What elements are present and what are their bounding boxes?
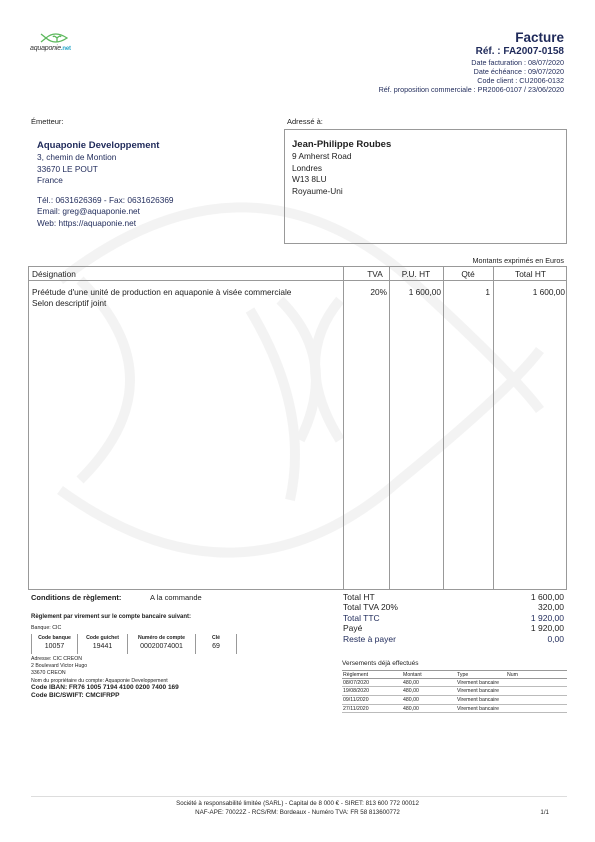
totals-value: 1 920,00 — [531, 623, 564, 633]
totals-row: Reste à payer0,00 — [343, 634, 564, 644]
proposal-ref: Réf. proposition commerciale : PR2006-01… — [379, 85, 564, 94]
payment-cell: Virement bancaire — [457, 679, 507, 687]
payment-cell: 480,00 — [403, 696, 457, 704]
footer-divider — [31, 796, 567, 797]
payment-cell — [507, 696, 567, 704]
recipient-block: Jean-Philippe Roubes 9 Amherst Road Lond… — [292, 139, 391, 197]
page-number: 1/1 — [540, 809, 549, 816]
table-row: 19/08/2020480,00Virement bancaire — [342, 687, 567, 696]
payment-cell: Virement bancaire — [457, 696, 507, 704]
payment-cell: 480,00 — [403, 705, 457, 713]
payments-table: RèglementMontantTypeNum08/07/2020480,00V… — [342, 670, 567, 713]
row-pu-ht: 1 600,00 — [389, 287, 441, 298]
col-designation: Désignation — [32, 269, 76, 279]
payment-cell: 09/11/2020 — [342, 696, 403, 704]
logo-brand: aquaponie — [30, 45, 61, 52]
key-header: Clé — [199, 634, 233, 642]
totals-label: Total TVA 20% — [343, 602, 398, 612]
branch-code-header: Code guichet — [81, 634, 124, 642]
payment-conditions-label: Conditions de règlement: — [31, 593, 121, 602]
payment-cell: 19/08/2020 — [342, 687, 403, 695]
sender-address1: 3, chemin de Montion — [37, 152, 174, 164]
bank-transfer-title: Règlement par virement sur le compte ban… — [31, 614, 191, 620]
totals-label: Payé — [343, 623, 362, 633]
payment-cell: 27/11/2020 — [342, 705, 403, 713]
payment-cell: Montant — [403, 671, 457, 678]
invoice-title: Facture — [379, 30, 564, 45]
sender-phone: Tél.: 0631626369 - Fax: 0631626369 — [37, 195, 174, 207]
footer-legal-line2: NAF-APE: 70022Z - RCS/RM: Bordeaux - Num… — [0, 809, 595, 818]
payment-cell — [507, 687, 567, 695]
col-tva: TVA — [361, 269, 389, 279]
account-key: 69 — [199, 642, 233, 651]
invoice-header: Facture Réf. : FA2007-0158 Date facturat… — [379, 30, 564, 94]
account-number: 00020074001 — [131, 642, 192, 651]
payment-cell: 08/07/2020 — [342, 679, 403, 687]
invoice-ref: Réf. : FA2007-0158 — [379, 45, 564, 58]
payments-title: Versements déjà effectués — [342, 660, 418, 667]
bank-code: 10057 — [35, 642, 74, 651]
col-qty: Qté — [443, 269, 493, 279]
recipient-postcode: W13 8LU — [292, 174, 391, 186]
payment-conditions: Conditions de règlement: A la commande — [31, 593, 121, 602]
payment-cell — [507, 679, 567, 687]
logo-tld: .net — [61, 46, 71, 52]
invoice-date: Date facturation : 08/07/2020 — [379, 58, 564, 67]
bank-name: Banque: CIC — [31, 625, 61, 631]
company-logo: aquaponie.net — [30, 31, 90, 52]
recipient-label: Adressé à: — [287, 117, 323, 126]
totals-value: 1 920,00 — [531, 613, 564, 623]
sender-email: Email: greg@aquaponie.net — [37, 206, 174, 218]
bank-address-line: 33670 CREON — [31, 670, 168, 677]
bank-code-header: Code banque — [35, 634, 74, 642]
totals-value: 0,00 — [547, 634, 564, 644]
bank-address-line: Adresse: CIC CREON — [31, 656, 168, 663]
row-detail: Selon descriptif joint — [32, 298, 106, 309]
col-pu-ht: P.U. HT — [389, 269, 443, 279]
fish-logo-icon — [40, 31, 70, 45]
totals-row: Total TVA 20%320,00 — [343, 602, 564, 612]
totals-value: 1 600,00 — [531, 592, 564, 602]
payment-cell: Type — [457, 671, 507, 678]
totals-label: Reste à payer — [343, 634, 396, 644]
sender-name: Aquaponie Developpement — [37, 140, 174, 152]
bank-address: Adresse: CIC CREON 2 Boulevard Victor Hu… — [31, 656, 168, 685]
payment-cell — [507, 705, 567, 713]
row-designation: Préétude d'une unité de production en aq… — [32, 287, 291, 298]
sender-label: Émetteur: — [31, 117, 64, 126]
client-code: Code client : CU2006-0132 — [379, 76, 564, 85]
totals-label: Total HT — [343, 592, 375, 602]
payments-header: RèglementMontantTypeNum — [342, 670, 567, 679]
recipient-name: Jean-Philippe Roubes — [292, 139, 391, 151]
table-row: 08/07/2020480,00Virement bancaire — [342, 679, 567, 688]
recipient-country: Royaume-Uni — [292, 186, 391, 198]
bank-details-table: Code banque10057 Code guichet19441 Numér… — [31, 634, 237, 654]
currency-note: Montants exprimés en Euros — [473, 256, 564, 265]
payment-cell: Virement bancaire — [457, 687, 507, 695]
totals-value: 320,00 — [538, 602, 564, 612]
due-date: Date échéance : 09/07/2020 — [379, 67, 564, 76]
totals-block: Total HT1 600,00Total TVA 20%320,00Total… — [343, 592, 564, 644]
branch-code: 19441 — [81, 642, 124, 651]
payment-cell: 480,00 — [403, 679, 457, 687]
sender-country: France — [37, 175, 174, 187]
logo-wordmark: aquaponie.net — [30, 45, 90, 52]
table-header: Désignation TVA P.U. HT Qté Total HT — [29, 267, 566, 281]
payment-conditions-value: A la commande — [150, 593, 202, 602]
invoice-lines-table: Désignation TVA P.U. HT Qté Total HT Pré… — [28, 266, 567, 590]
footer-legal-line1: Société à responsabilité limitée (SARL) … — [0, 800, 595, 809]
bic: Code BIC/SWIFT: CMCIFRPP — [31, 692, 179, 700]
totals-row: Total HT1 600,00 — [343, 592, 564, 602]
row-total-ht: 1 600,00 — [493, 287, 565, 298]
sender-web: Web: https://aquaponie.net — [37, 218, 174, 230]
sender-address2: 33670 LE POUT — [37, 164, 174, 176]
payment-cell: Règlement — [342, 671, 403, 678]
payment-cell: Virement bancaire — [457, 705, 507, 713]
bank-address-line: 2 Boulevard Victor Hugo — [31, 663, 168, 670]
footer: Société à responsabilité limitée (SARL) … — [0, 800, 595, 817]
totals-row: Total TTC1 920,00 — [343, 613, 564, 623]
sender-block: Aquaponie Developpement 3, chemin de Mon… — [37, 140, 174, 229]
table-row: 09/11/2020480,00Virement bancaire — [342, 696, 567, 705]
recipient-address1: 9 Amherst Road — [292, 151, 391, 163]
payment-cell: Num — [507, 671, 567, 678]
table-row: 27/11/2020480,00Virement bancaire — [342, 705, 567, 714]
recipient-city: Londres — [292, 163, 391, 175]
account-number-header: Numéro de compte — [131, 634, 192, 642]
totals-label: Total TTC — [343, 613, 380, 623]
iban: Code IBAN: FR76 1005 7194 4100 0200 7400… — [31, 684, 179, 692]
row-qty: 1 — [443, 287, 490, 298]
payment-cell: 480,00 — [403, 687, 457, 695]
iban-block: Code IBAN: FR76 1005 7194 4100 0200 7400… — [31, 684, 179, 700]
totals-row: Payé1 920,00 — [343, 623, 564, 633]
col-total-ht: Total HT — [493, 269, 568, 279]
row-tva: 20% — [343, 287, 387, 298]
